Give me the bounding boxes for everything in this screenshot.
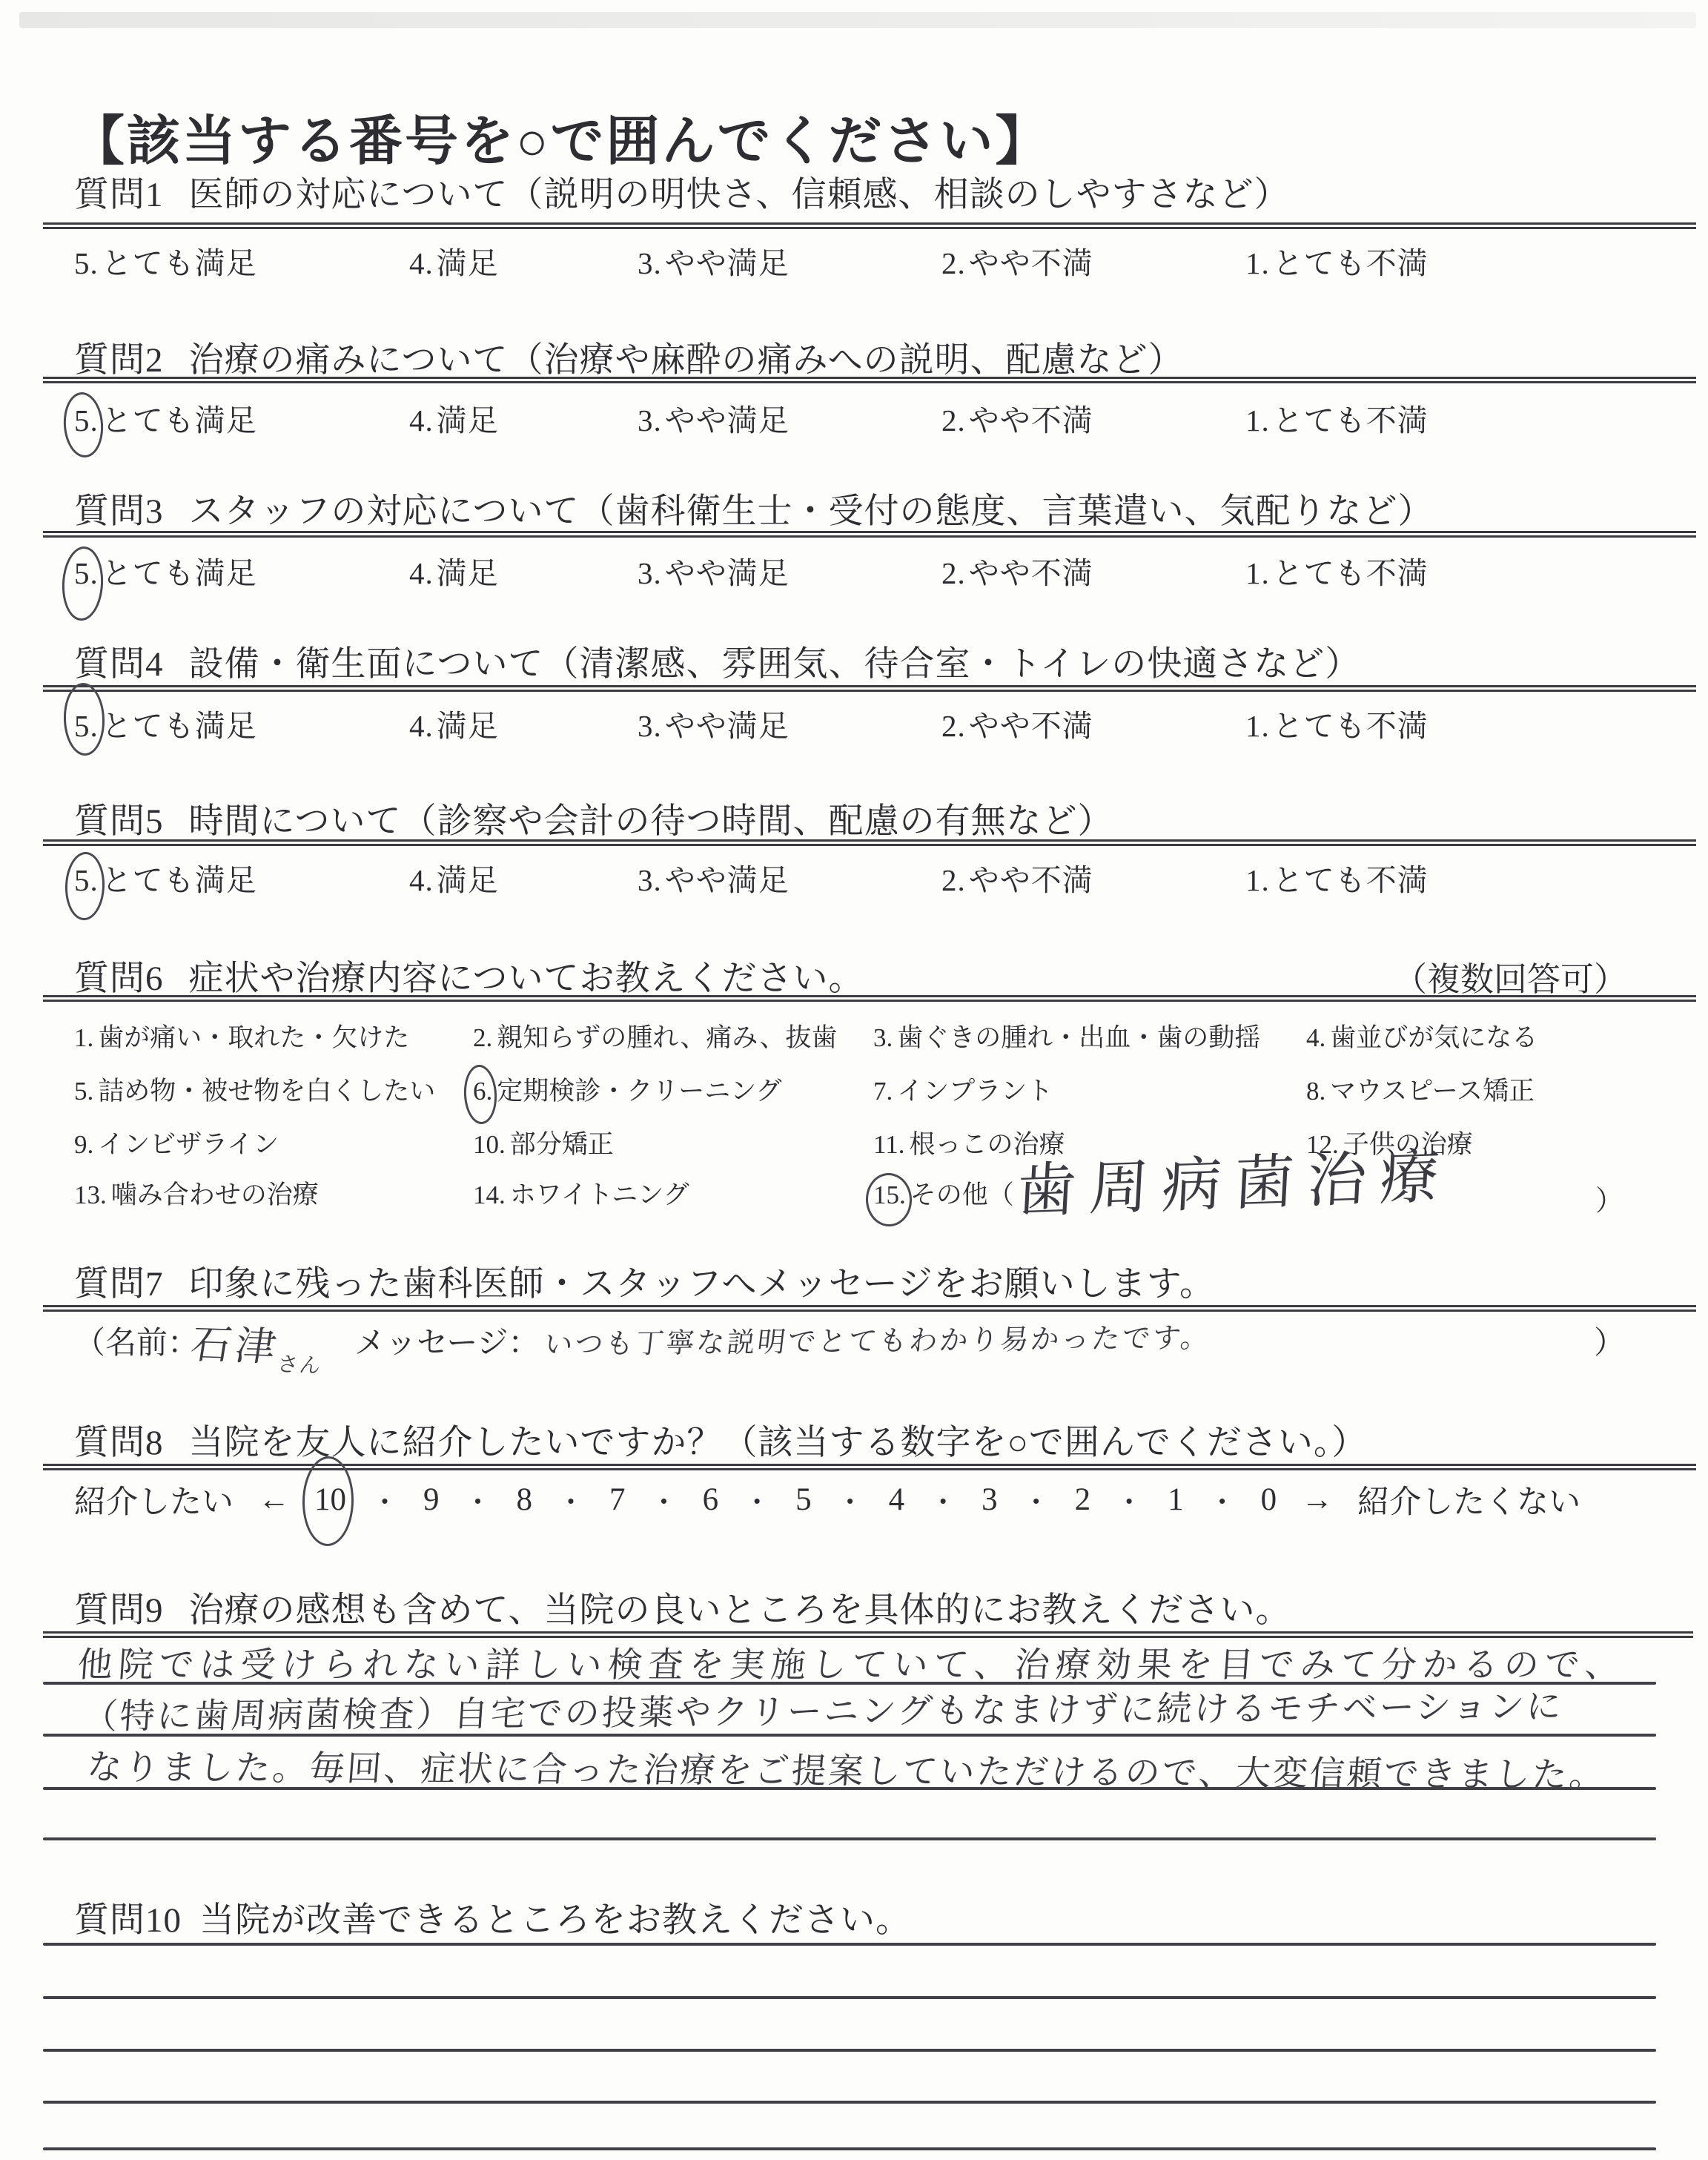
option-3-label: やや満足 <box>665 246 790 280</box>
option-5-number-circled: 5. <box>74 708 99 744</box>
question-2-heading: 質問2治療の痛みについて（治療や麻酔の痛みへの説明、配慮など） <box>74 332 1184 382</box>
question-4-divider <box>43 685 1696 692</box>
option-4-number: 4. <box>409 403 434 438</box>
q7-message-label: メッセージ： <box>354 1318 539 1363</box>
option-1: 1.とても不満 <box>1245 549 1429 592</box>
q6-item-5: 5.詰め物・被せ物を白くしたい <box>74 1071 435 1108</box>
q7-name-label: （名前： <box>74 1318 199 1363</box>
option-2: 2.やや不満 <box>941 856 1093 899</box>
q8-dot: ・ <box>836 1479 864 1520</box>
q6-item-8: 8.マウスピース矯正 <box>1306 1071 1535 1108</box>
q6-item-10-number: 10. <box>473 1130 506 1160</box>
option-3: 3.やや満足 <box>638 239 790 283</box>
option-1-label: とても不満 <box>1273 403 1429 437</box>
q6-item-10-label: 部分矯正 <box>510 1130 614 1159</box>
q6-item-7: 7.インプラント <box>873 1071 1053 1108</box>
option-4-number: 4. <box>409 555 434 591</box>
question-8-heading: 質問8当院を友人に紹介したいですか？（該当する数字を○で囲んでください。） <box>74 1415 1367 1464</box>
question-8-text: 当院を友人に紹介したいですか？（該当する数字を○で囲んでください。） <box>189 1424 1368 1462</box>
question-10-label: 質問10 <box>74 1901 182 1940</box>
q6-item-9: 9.インビザライン <box>74 1124 279 1161</box>
question-2-text: 治療の痛みについて（治療や麻酔の痛みへの説明、配慮など） <box>189 341 1184 380</box>
question-4-text: 設備・衛生面について（清潔感、雰囲気、待合室・トイレの快適さなど） <box>189 645 1361 684</box>
question-7-label: 質問7 <box>74 1265 164 1304</box>
option-3: 3.やや満足 <box>638 701 790 745</box>
q8-dot: ・ <box>929 1479 957 1520</box>
question-1-divider <box>43 222 1696 229</box>
option-1-number: 1. <box>1245 245 1270 281</box>
question-9-label: 質問9 <box>74 1591 164 1630</box>
q6-item-2-label: 親知らずの腫れ、痛み、抜歯 <box>497 1023 837 1052</box>
q8-number-7: 7 <box>609 1482 626 1518</box>
option-1-label: とても不満 <box>1273 556 1429 590</box>
q8-number-9: 9 <box>423 1482 440 1518</box>
q6-other-handwritten-answer: 歯周病菌治療 <box>1015 1128 1455 1229</box>
option-1: 1.とても不満 <box>1245 239 1429 283</box>
option-5: 5.とても満足 <box>74 701 257 745</box>
option-3: 3.やや満足 <box>638 396 790 440</box>
option-2-label: やや不満 <box>969 863 1093 897</box>
q6-item-4-label: 歯並びが気になる <box>1330 1023 1537 1052</box>
question-10-heading: 質問10当院が改善できるところをお教えください。 <box>74 1892 911 1942</box>
option-2-label: やや不満 <box>969 246 1093 280</box>
option-1: 1.とても不満 <box>1245 701 1429 745</box>
question-2-options: 5.とても満足 4.満足 3.やや満足 2.やや不満 1.とても不満 <box>74 396 1634 443</box>
q6-item-15-label: その他（ <box>910 1180 1014 1209</box>
q7-name-handwritten: 石津さん <box>186 1312 329 1379</box>
q6-item-13-label: 噛み合わせの治療 <box>111 1180 319 1209</box>
option-5: 5.とても満足 <box>74 549 257 592</box>
q6-item-9-label: インビザライン <box>98 1130 279 1159</box>
q10-rule-line <box>43 1943 1656 1946</box>
option-4-label: 満足 <box>437 709 499 743</box>
q8-number-6: 6 <box>703 1482 719 1518</box>
question-10-text: 当院が改善できるところをお教えください。 <box>199 1901 911 1940</box>
option-2: 2.やや不満 <box>941 239 1093 283</box>
q8-number-0: 0 <box>1261 1482 1277 1518</box>
q8-dot: ・ <box>743 1479 771 1520</box>
page-title: 【該当する番号を○で囲んでください】 <box>71 98 1051 175</box>
question-1-options: 5.とても満足 4.満足 3.やや満足 2.やや不満 1.とても不満 <box>74 239 1634 286</box>
option-2: 2.やや不満 <box>941 396 1093 440</box>
q8-number-5: 5 <box>795 1482 812 1518</box>
question-3-label: 質問3 <box>74 492 164 531</box>
question-1-label: 質問1 <box>74 176 164 214</box>
question-6-text: 症状や治療内容についてお教えください。 <box>189 960 864 998</box>
option-1-label: とても不満 <box>1273 863 1429 897</box>
q8-left-arrow: ← <box>258 1482 290 1518</box>
q6-item-15: 15.その他（ <box>873 1175 1014 1212</box>
question-2-divider <box>43 377 1696 383</box>
q6-item-14-number: 14. <box>473 1180 506 1210</box>
q6-item-4-number: 4. <box>1306 1023 1325 1053</box>
question-6-heading: 質問6症状や治療内容についてお教えください。 <box>74 951 864 1000</box>
option-4: 4.満足 <box>409 396 499 440</box>
q6-item-1: 1.歯が痛い・取れた・欠けた <box>74 1017 409 1054</box>
option-1-number: 1. <box>1245 555 1270 591</box>
q9-rule-line <box>43 1787 1656 1790</box>
question-9-text: 治療の感想も含めて、当院の良いところを具体的にお教えください。 <box>189 1591 1291 1630</box>
q6-item-2-number: 2. <box>473 1023 492 1053</box>
option-2-number: 2. <box>941 245 966 281</box>
q9-rule-line <box>43 1734 1656 1737</box>
q6-item-10: 10.部分矯正 <box>473 1124 614 1161</box>
question-3-options: 5.とても満足 4.満足 3.やや満足 2.やや不満 1.とても不満 <box>74 549 1634 596</box>
survey-sheet: 【該当する番号を○で囲んでください】 質問1医師の対応について（説明の明快さ、信… <box>0 0 1708 2160</box>
question-5-label: 質問5 <box>74 802 164 841</box>
q8-dot: ・ <box>650 1479 678 1520</box>
question-8-divider <box>43 1464 1696 1470</box>
question-1-heading: 質問1医師の対応について（説明の明快さ、信頼感、相談のしやすさなど） <box>74 167 1290 217</box>
option-5-label: とても満足 <box>102 556 257 590</box>
question-5-divider <box>43 839 1696 846</box>
q8-number-3: 3 <box>982 1482 998 1518</box>
q10-rule-line <box>43 2101 1656 2104</box>
q6-item-7-label: インプラント <box>897 1077 1053 1106</box>
option-3-label: やや満足 <box>665 863 790 897</box>
option-2-number: 2. <box>941 403 966 438</box>
q8-right-arrow: → <box>1301 1482 1333 1518</box>
question-2-label: 質問2 <box>74 341 164 380</box>
option-1-number: 1. <box>1245 403 1270 438</box>
option-2-label: やや不満 <box>969 556 1093 590</box>
q6-item-3-label: 歯ぐきの腫れ・出血・歯の動揺 <box>897 1023 1260 1052</box>
q6-item-6-label: 定期検診・クリーニング <box>497 1077 781 1106</box>
option-4-number: 4. <box>409 708 434 744</box>
q10-rule-line <box>43 1996 1656 1999</box>
q6-item-11-number: 11. <box>873 1130 904 1160</box>
question-6-label: 質問6 <box>74 960 164 998</box>
option-1-label: とても不満 <box>1273 246 1429 280</box>
option-4-label: 満足 <box>437 556 499 590</box>
q6-item-15-number-circled: 15. <box>873 1180 906 1210</box>
q10-rule-line <box>43 2147 1656 2150</box>
question-5-options: 5.とても満足 4.満足 3.やや満足 2.やや不満 1.とても不満 <box>74 856 1634 903</box>
question-7-text: 印象に残った歯科医師・スタッフへメッセージをお願いします。 <box>189 1265 1215 1304</box>
option-2-label: やや不満 <box>969 403 1093 437</box>
q8-dot: ・ <box>371 1479 399 1520</box>
option-2-number: 2. <box>941 555 966 591</box>
q6-item-2: 2.親知らずの腫れ、痛み、抜歯 <box>473 1017 837 1054</box>
question-1-text: 医師の対応について（説明の明快さ、信頼感、相談のしやすさなど） <box>189 176 1290 214</box>
option-4-label: 満足 <box>437 246 499 280</box>
option-3-label: やや満足 <box>665 556 790 590</box>
option-5: 5.とても満足 <box>74 396 257 440</box>
scan-artifact-band <box>19 12 1696 28</box>
q6-item-1-label: 歯が痛い・取れた・欠けた <box>98 1023 409 1052</box>
q8-left-label: 紹介したい <box>74 1477 234 1522</box>
option-3-label: やや満足 <box>665 709 790 743</box>
q8-number-1: 1 <box>1168 1482 1184 1518</box>
option-5-label: とても満足 <box>102 863 257 897</box>
option-5-label: とても満足 <box>102 246 257 280</box>
question-7-divider <box>43 1305 1696 1312</box>
q8-dot: ・ <box>557 1479 585 1520</box>
q10-rule-line <box>43 2049 1656 2052</box>
option-2-label: やや不満 <box>969 709 1093 743</box>
q6-other-close-paren: ） <box>1595 1178 1623 1218</box>
q6-item-8-label: マウスピース矯正 <box>1330 1077 1535 1106</box>
q8-dot: ・ <box>464 1479 492 1520</box>
option-2-number: 2. <box>941 708 966 744</box>
question-5-heading: 質問5時間について（診察や会計の待つ時間、配慮の有無など） <box>74 793 1113 843</box>
q8-number-10-circled: 10 <box>314 1482 346 1518</box>
option-5-label: とても満足 <box>102 403 257 437</box>
option-3-label: やや満足 <box>665 403 790 437</box>
option-4: 4.満足 <box>409 856 499 899</box>
q7-name-suffix: さん <box>276 1352 324 1378</box>
q6-item-6-number-circled: 6. <box>473 1077 492 1106</box>
option-5-number-circled: 5. <box>74 403 99 438</box>
q6-item-1-number: 1. <box>74 1023 93 1053</box>
question-6-note: （複数回答可） <box>1394 952 1627 1000</box>
question-8-label: 質問8 <box>74 1424 164 1462</box>
option-1-number: 1. <box>1245 708 1270 744</box>
option-3: 3.やや満足 <box>638 856 790 899</box>
option-1: 1.とても不満 <box>1245 856 1429 899</box>
option-4: 4.満足 <box>409 549 499 592</box>
q8-dot: ・ <box>1022 1479 1050 1520</box>
option-5-number-circled: 5. <box>74 555 99 591</box>
q8-number-4: 4 <box>889 1482 905 1518</box>
option-3-number: 3. <box>638 245 662 281</box>
option-4-label: 満足 <box>437 863 499 897</box>
option-5: 5.とても満足 <box>74 239 257 283</box>
option-4-label: 満足 <box>437 403 499 437</box>
q6-item-7-number: 7. <box>873 1077 893 1106</box>
q6-item-14-label: ホワイトニング <box>510 1180 689 1209</box>
question-4-label: 質問4 <box>74 645 164 684</box>
q6-item-3-number: 3. <box>873 1023 893 1053</box>
question-7-heading: 質問7印象に残った歯科医師・スタッフへメッセージをお願いします。 <box>74 1256 1215 1306</box>
q7-message-handwritten: いつも丁寧な説明でとてもわかり易かったです。 <box>543 1315 1214 1362</box>
option-2: 2.やや不満 <box>941 549 1093 592</box>
option-5-number-circled: 5. <box>74 862 99 898</box>
option-1-number: 1. <box>1245 862 1270 898</box>
option-4: 4.満足 <box>409 701 499 745</box>
option-3-number: 3. <box>638 708 662 744</box>
q6-item-9-number: 9. <box>74 1130 93 1160</box>
question-5-text: 時間について（診察や会計の待つ時間、配慮の有無など） <box>189 802 1113 841</box>
q7-close-paren: ） <box>1594 1318 1625 1363</box>
option-4-number: 4. <box>409 245 434 281</box>
option-3: 3.やや満足 <box>638 549 790 592</box>
question-4-options: 5.とても満足 4.満足 3.やや満足 2.やや不満 1.とても不満 <box>74 701 1634 749</box>
question-9-heading: 質問9治療の感想も含めて、当院の良いところを具体的にお教えください。 <box>74 1582 1291 1632</box>
q6-item-4: 4.歯並びが気になる <box>1306 1017 1537 1054</box>
question-3-divider <box>43 531 1696 538</box>
q6-item-13-number: 13. <box>74 1180 107 1210</box>
q6-item-14: 14.ホワイトニング <box>473 1175 689 1212</box>
option-1-label: とても不満 <box>1273 709 1429 743</box>
option-3-number: 3. <box>638 555 662 591</box>
option-5-label: とても満足 <box>102 709 257 743</box>
q8-number-2: 2 <box>1075 1482 1091 1518</box>
option-1: 1.とても不満 <box>1245 396 1429 440</box>
q6-item-3: 3.歯ぐきの腫れ・出血・歯の動揺 <box>873 1017 1260 1054</box>
option-5: 5.とても満足 <box>74 856 257 899</box>
question-3-text: スタッフの対応について（歯科衛生士・受付の態度、言葉遣い、気配りなど） <box>189 492 1434 531</box>
q9-answer-line-2: （特に歯周病菌検査）自宅での投薬やクリーニングもなまけずに続けるモチベーションに <box>82 1679 1565 1739</box>
q8-right-label: 紹介したくない <box>1357 1477 1580 1522</box>
option-3-number: 3. <box>638 403 662 438</box>
option-4: 4.満足 <box>409 239 499 283</box>
option-3-number: 3. <box>638 862 662 898</box>
q6-item-8-number: 8. <box>1306 1077 1325 1106</box>
question-6-divider <box>43 995 1696 1002</box>
q8-scale-row: 紹介したい ← 10 ・ 9 ・ 8 ・ 7 ・ 6 ・ 5 ・ 4 ・ 3 ・… <box>74 1477 1580 1522</box>
question-4-heading: 質問4設備・衛生面について（清潔感、雰囲気、待合室・トイレの快適さなど） <box>74 636 1360 686</box>
q8-dot: ・ <box>1115 1479 1143 1520</box>
option-2: 2.やや不満 <box>941 701 1093 745</box>
q8-dot: ・ <box>1208 1479 1237 1520</box>
option-4-number: 4. <box>409 862 434 898</box>
q6-item-6: 6.定期検診・クリーニング <box>473 1071 782 1108</box>
question-3-heading: 質問3スタッフの対応について（歯科衛生士・受付の態度、言葉遣い、気配りなど） <box>74 483 1434 533</box>
q8-number-8: 8 <box>517 1482 533 1518</box>
q9-rule-line <box>43 1837 1656 1840</box>
q7-name-value: 石津 <box>188 1321 284 1370</box>
q6-item-5-number: 5. <box>74 1077 93 1106</box>
option-5-number: 5. <box>74 245 99 281</box>
option-2-number: 2. <box>941 862 966 898</box>
q6-item-13: 13.噛み合わせの治療 <box>74 1175 319 1212</box>
q6-item-5-label: 詰め物・被せ物を白くしたい <box>98 1077 435 1106</box>
